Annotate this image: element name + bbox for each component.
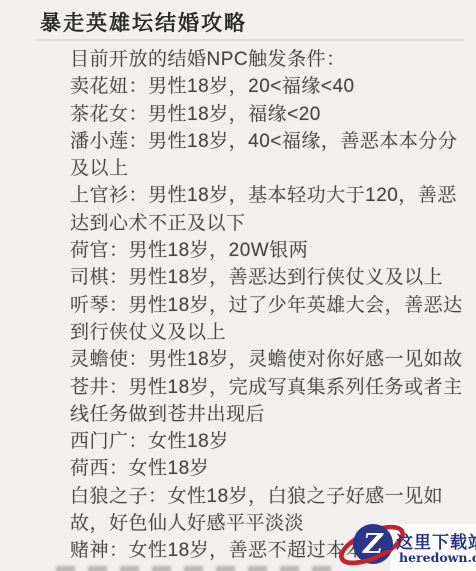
guide-line: 荷官：男性18岁，20W银两 [70, 237, 460, 264]
guide-line: 荷西：女性18岁 [70, 455, 460, 482]
guide-line: 目前开放的结婚NPC触发条件： [70, 46, 460, 73]
title-divider [38, 39, 464, 41]
guide-line: 西门广：女性18岁 [70, 428, 460, 455]
guide-line: 及以上 [70, 155, 460, 182]
page-container: 暴走英雄坛结婚攻略 目前开放的结婚NPC触发条件：卖花妞：男性18岁，20<福缘… [0, 0, 476, 571]
guide-line: 卖花妞：男性18岁，20<福缘<40 [70, 73, 460, 100]
guide-line: 苍井：男性18岁，完成写真集系列任务或者主 [70, 374, 460, 401]
guide-line: 听琴：男性18岁，过了少年英雄大会，善恶达 [70, 292, 460, 319]
guide-line: 达到心术不正及以下 [70, 210, 460, 237]
guide-line: 白狼之子：女性18岁，白狼之子好感一见如 [70, 483, 460, 510]
guide-line: 潘小莲：男性18岁，40<福缘，善恶本本分分 [70, 128, 460, 155]
cutoff-next-line [56, 566, 338, 571]
guide-line: 到行侠仗义及以上 [70, 319, 460, 346]
watermark-site-url: heredown.com [399, 550, 476, 565]
guide-lines: 目前开放的结婚NPC触发条件：卖花妞：男性18岁，20<福缘<40茶花女：男性1… [70, 46, 460, 565]
guide-line: 司棋：男性18岁，善恶达到行侠仗义及以上 [70, 264, 460, 291]
page-title: 暴走英雄坛结婚攻略 [40, 7, 247, 37]
guide-line: 茶花女：男性18岁，福缘<20 [70, 101, 460, 128]
guide-line: 线任务做到苍井出现后 [70, 401, 460, 428]
guide-line: 上官衫：男性18岁，基本轻功大于120，善恶 [70, 182, 460, 209]
guide-line: 灵蟾使：男性18岁，灵蟾使对你好感一见如故 [70, 346, 460, 373]
